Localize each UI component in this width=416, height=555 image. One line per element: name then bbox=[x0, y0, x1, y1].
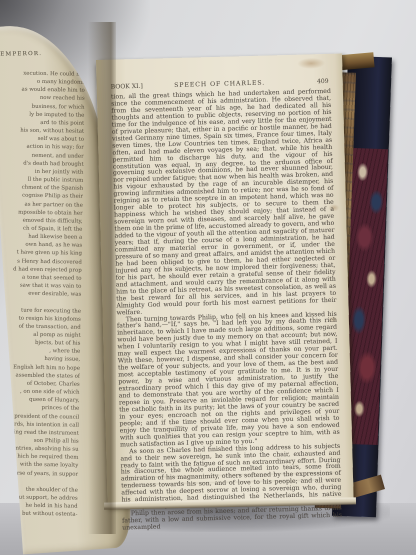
paragraph-1: tion, all the great things which he had … bbox=[111, 89, 337, 317]
right-page: BOOK XI.] SPEECH OF CHARLES. 409 tion, a… bbox=[96, 54, 354, 505]
left-page-text-fragments: xecution. He could noto many kingdomsas … bbox=[0, 69, 91, 551]
photo-of-open-book: { "book": { "left_page": { "running_head… bbox=[0, 0, 416, 555]
gutter-shadow bbox=[88, 22, 116, 534]
paragraph-2: Then turning towards Philip, who fell on… bbox=[117, 311, 340, 449]
running-title: SPEECH OF CHARLES. bbox=[157, 79, 283, 89]
page-number: 409 bbox=[283, 78, 329, 86]
book-number-label: BOOK XI.] bbox=[111, 82, 157, 90]
left-running-head: EMPEROR. bbox=[0, 51, 42, 58]
page-body-text: tion, all the great things which he had … bbox=[111, 89, 342, 533]
foxing-stain bbox=[296, 57, 326, 70]
